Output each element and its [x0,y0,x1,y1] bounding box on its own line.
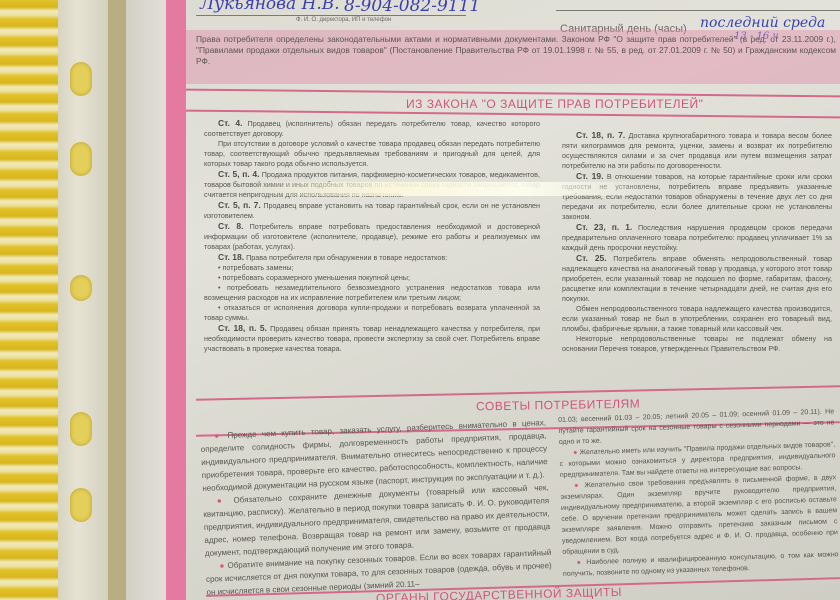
pink-border [166,0,186,600]
sanitary-day-value: последний среда [700,15,825,31]
article-label: Ст. 4. [218,118,242,128]
section-title-advice: СОВЕТЫ ПОТРЕБИТЕЛЯМ [476,397,640,414]
law-left-column: Ст. 4. Продавец (исполнитель) обязан пер… [204,118,540,354]
director-phone-handwritten: 8-904-082-9111 [344,0,480,16]
sanitary-line [556,10,840,11]
article-label: Ст. 18, п. 7. [576,130,625,140]
binder-hole [70,142,92,176]
binder-hole [70,488,92,522]
article-text: Права потребителя при обнаружении в това… [246,253,447,262]
bullet-item: отказаться от исполнения договора купли-… [204,303,540,322]
consumer-rights-notice: Лукьянова Н.В. 8-904-082-9111 Ф. И. О. д… [186,0,840,600]
article-text: Некоторые непродовольственные товары не … [562,334,832,353]
binder-hole [70,62,92,96]
advice-item: Прежде чем купить товар, заказать услугу… [201,418,548,493]
article-text: Потребитель вправе потребовать предостав… [204,222,540,251]
director-caption: Ф. И. О. директора, ИП и телефон [296,17,391,23]
advice-right-column: 01.03; весенний 01.03 – 20.05; летний 20… [558,406,839,580]
binder-hole [70,275,92,301]
binder-shadow [108,0,126,600]
advice-left-column: ● Прежде чем купить товар, заказать услу… [200,416,553,599]
article-label: Ст. 5, п. 4. [218,169,259,179]
light-glare [246,182,666,196]
article-label: Ст. 19. [576,171,603,181]
article-label: Ст. 5, п. 7. [218,200,261,210]
advice-item: Обязательно сохраните денежные документы… [203,483,550,558]
yellow-striped-background [0,0,62,600]
article-label: Ст. 18, п. 5. [218,323,267,333]
plastic-sleeve-margin [126,0,166,600]
article-text: Продавец (исполнитель) обязан передать п… [204,119,540,138]
intro-text: Права потребителя определены законодател… [196,34,836,67]
signature-line [196,15,466,16]
article-text: В отношении товаров, на которые гарантий… [562,172,832,221]
bullet-item: потребовать замены; [223,263,294,272]
article-text: Обмен непродовольственного товара надлеж… [562,304,832,333]
article-label: Ст. 18. [218,252,244,262]
article-label: Ст. 23, п. 1. [576,222,632,232]
bullet-item: потребовать соразмерного уменьшения поку… [223,273,410,282]
article-label: Ст. 25. [576,253,607,263]
article-text: При отсутствии в договоре условий о каче… [204,139,540,168]
advice-item: Желательно свои требования предъявлять в… [560,474,837,556]
binder-hole [70,412,92,446]
bullet-item: потребовать незамедлительного безвозмезд… [204,283,540,302]
section-title-law: ИЗ ЗАКОНА "О ЗАЩИТЕ ПРАВ ПОТРЕБИТЕЛЕЙ" [406,97,703,111]
law-right-column: Ст. 18, п. 7. Доставка крупногабаритного… [562,130,832,354]
article-label: Ст. 8. [218,221,243,231]
director-name-handwritten: Лукьянова Н.В. [200,0,340,14]
